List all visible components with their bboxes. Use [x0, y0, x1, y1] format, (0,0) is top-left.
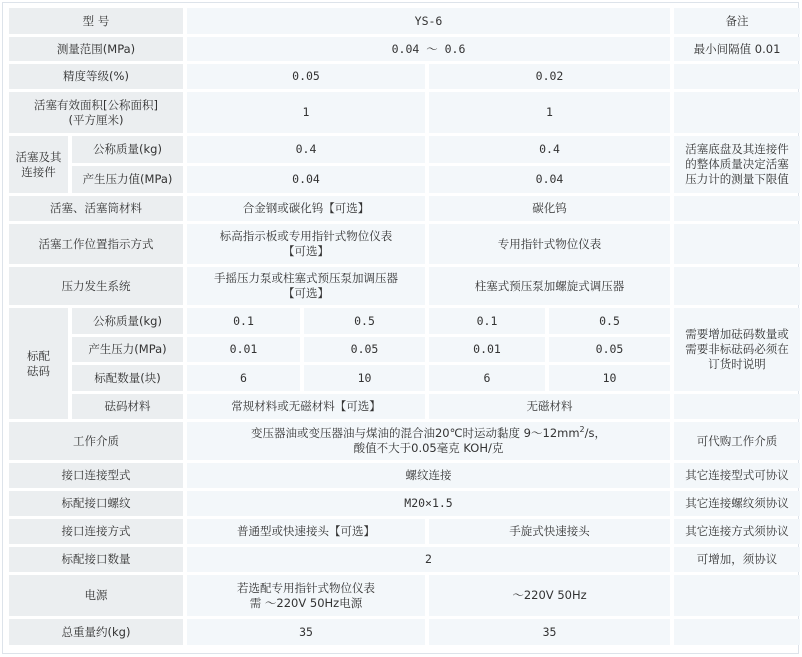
piston-mass-value-1: 0.4 [187, 136, 425, 163]
working-medium-text-b: /s， [585, 426, 606, 440]
weights-mass-label: 公称质量(kg) [72, 308, 183, 334]
measure-range-label: 测量范围(MPa) [9, 37, 183, 61]
working-medium-value-line1: 变压器油或变压器油与煤油的混合油20℃时运动黏度 9～12mm2/s， [187, 426, 670, 441]
weights-quantity-value-1: 6 [187, 365, 300, 391]
working-medium-value-line2: 酸值不大于0.05毫克 KOH/克 [187, 441, 670, 456]
standard-weights-group-label: 标配 砝码 [9, 308, 68, 419]
piston-area-value-1: 1 [187, 92, 425, 133]
piston-mass-row: 活塞及其 连接件 公称质量(kg) 0.4 0.4 活塞底盘及其连接件 的整体质… [9, 136, 800, 163]
connection-type-remark: 其它连接型式可协议 [674, 463, 800, 488]
precision-row: 精度等级(%) 0.05 0.02 [9, 64, 800, 89]
piston-assembly-remark-line1: 活塞底盘及其连接件 [674, 142, 800, 157]
piston-area-remark [674, 92, 800, 133]
piston-material-remark [674, 196, 800, 221]
thread-value: M20×1.5 [187, 491, 670, 516]
piston-material-value-2: 碳化钨 [429, 196, 670, 221]
position-indicator-value-1: 标高指示板或专用指针式物位仪表 【可选】 [187, 224, 425, 264]
pressure-system-value-2: 柱塞式预压泵加螺旋式调压器 [429, 267, 670, 305]
pressure-system-remark [674, 267, 800, 305]
total-weight-value-1: 35 [187, 619, 425, 645]
piston-pressure-value-2: 0.04 [429, 166, 670, 193]
weights-material-value-1: 常规材料或无磁材料【可选】 [187, 394, 425, 419]
power-remark [674, 575, 800, 616]
weights-pressure-value-2: 0.05 [304, 337, 425, 362]
piston-area-row: 活塞有效面积[公称面积] (平方厘米) 1 1 [9, 92, 800, 133]
connection-method-row: 接口连接方式 普通型或快速接头【可选】 手旋式快速接头 其它连接方式须协议 [9, 519, 800, 544]
pressure-system-value-1-line2: 【可选】 [187, 286, 425, 301]
measure-range-row: 测量范围(MPa) 0.04 ～ 0.6 最小间隔值 0.01 [9, 37, 800, 61]
thread-label: 标配接口螺纹 [9, 491, 183, 516]
weights-mass-value-2: 0.5 [304, 308, 425, 334]
total-weight-value-2: 35 [429, 619, 670, 645]
piston-material-value-1: 合金钢或碳化钨【可选】 [187, 196, 425, 221]
model-value: YS-6 [187, 8, 670, 34]
weights-pressure-value-1: 0.01 [187, 337, 300, 362]
position-indicator-value-1-line2: 【可选】 [187, 244, 425, 259]
weights-material-row: 砝码材料 常规材料或无磁材料【可选】 无磁材料 [9, 394, 800, 419]
position-indicator-value-2: 专用指针式物位仪表 [429, 224, 670, 264]
weights-quantity-label: 标配数量(块) [72, 365, 183, 391]
power-row: 电源 若选配专用指针式物位仪表 需 ～220V 50Hz电源 ～220V 50H… [9, 575, 800, 616]
port-count-label: 标配接口数量 [9, 547, 183, 572]
thread-remark: 其它连接螺纹须协议 [674, 491, 800, 516]
spec-table: 型 号 YS-6 备注 测量范围(MPa) 0.04 ～ 0.6 最小间隔值 0… [5, 5, 802, 648]
weights-pressure-value-4: 0.05 [549, 337, 670, 362]
weights-mass-value-1: 0.1 [187, 308, 300, 334]
power-value-1: 若选配专用指针式物位仪表 需 ～220V 50Hz电源 [187, 575, 425, 616]
standard-weights-label-line2: 砝码 [9, 364, 68, 379]
power-value-2: ～220V 50Hz [429, 575, 670, 616]
power-value-1-line2: 需 ～220V 50Hz电源 [187, 596, 425, 611]
precision-value-2: 0.02 [429, 64, 670, 89]
position-indicator-value-1-line1: 标高指示板或专用指针式物位仪表 [187, 229, 425, 244]
power-label: 电源 [9, 575, 183, 616]
weights-material-label: 砝码材料 [72, 394, 183, 419]
weights-quantity-value-2: 10 [304, 365, 425, 391]
total-weight-label: 总重量约(kg) [9, 619, 183, 645]
weights-mass-row: 标配 砝码 公称质量(kg) 0.1 0.5 0.1 0.5 需要增加砝码数量或… [9, 308, 800, 334]
piston-area-label-line2: (平方厘米) [9, 113, 183, 128]
total-weight-remark [674, 619, 800, 645]
working-medium-text-a: 变压器油或变压器油与煤油的混合油20℃时运动黏度 9～12mm [251, 426, 580, 440]
standard-weights-label-line1: 标配 [9, 349, 68, 364]
piston-assembly-remark-line2: 的整体质量决定活塞 [674, 157, 800, 172]
standard-weights-remark-line3: 订货时说明 [674, 357, 800, 372]
standard-weights-remark: 需要增加砝码数量或 需要非标砝码必须在 订货时说明 [674, 308, 800, 391]
working-medium-row: 工作介质 变压器油或变压器油与煤油的混合油20℃时运动黏度 9～12mm2/s，… [9, 422, 800, 460]
piston-assembly-remark: 活塞底盘及其连接件 的整体质量决定活塞 压力计的测量下限值 [674, 136, 800, 193]
thread-row: 标配接口螺纹 M20×1.5 其它连接螺纹须协议 [9, 491, 800, 516]
precision-label: 精度等级(%) [9, 64, 183, 89]
remark-header: 备注 [674, 8, 800, 34]
precision-value-1: 0.05 [187, 64, 425, 89]
position-indicator-row: 活塞工作位置指示方式 标高指示板或专用指针式物位仪表 【可选】 专用指针式物位仪… [9, 224, 800, 264]
working-medium-remark: 可代购工作介质 [674, 422, 800, 460]
standard-weights-remark-line2: 需要非标砝码必须在 [674, 342, 800, 357]
piston-pressure-label: 产生压力值(MPa) [72, 166, 183, 193]
port-count-value: 2 [187, 547, 670, 572]
weights-material-remark [674, 394, 800, 419]
header-row: 型 号 YS-6 备注 [9, 8, 800, 34]
connection-type-value: 螺纹连接 [187, 463, 670, 488]
piston-assembly-label-line2: 连接件 [9, 165, 68, 180]
piston-material-label: 活塞、活塞筒材料 [9, 196, 183, 221]
standard-weights-remark-line1: 需要增加砝码数量或 [674, 327, 800, 342]
piston-mass-value-2: 0.4 [429, 136, 670, 163]
working-medium-value: 变压器油或变压器油与煤油的混合油20℃时运动黏度 9～12mm2/s， 酸值不大… [187, 422, 670, 460]
pressure-system-row: 压力发生系统 手摇压力泵或柱塞式预压泵加调压器 【可选】 柱塞式预压泵加螺旋式调… [9, 267, 800, 305]
port-count-row: 标配接口数量 2 可增加，须协议 [9, 547, 800, 572]
working-medium-label: 工作介质 [9, 422, 183, 460]
power-value-1-line1: 若选配专用指针式物位仪表 [187, 581, 425, 596]
pressure-system-label: 压力发生系统 [9, 267, 183, 305]
weights-pressure-value-3: 0.01 [429, 337, 545, 362]
connection-method-value-1: 普通型或快速接头【可选】 [187, 519, 425, 544]
piston-area-label-line1: 活塞有效面积[公称面积] [9, 98, 183, 113]
model-label: 型 号 [9, 8, 183, 34]
piston-assembly-group-label: 活塞及其 连接件 [9, 136, 68, 193]
port-count-remark: 可增加，须协议 [674, 547, 800, 572]
piston-assembly-label-line1: 活塞及其 [9, 150, 68, 165]
position-indicator-label: 活塞工作位置指示方式 [9, 224, 183, 264]
piston-assembly-remark-line3: 压力计的测量下限值 [674, 172, 800, 187]
connection-type-label: 接口连接型式 [9, 463, 183, 488]
piston-mass-label: 公称质量(kg) [72, 136, 183, 163]
measure-range-value: 0.04 ～ 0.6 [187, 37, 670, 61]
piston-pressure-value-1: 0.04 [187, 166, 425, 193]
position-indicator-remark [674, 224, 800, 264]
weights-mass-value-3: 0.1 [429, 308, 545, 334]
connection-type-row: 接口连接型式 螺纹连接 其它连接型式可协议 [9, 463, 800, 488]
weights-quantity-value-4: 10 [549, 365, 670, 391]
weights-quantity-value-3: 6 [429, 365, 545, 391]
weights-material-value-2: 无磁材料 [429, 394, 670, 419]
piston-area-value-2: 1 [429, 92, 670, 133]
connection-method-value-2: 手旋式快速接头 [429, 519, 670, 544]
precision-remark [674, 64, 800, 89]
pressure-system-value-1-line1: 手摇压力泵或柱塞式预压泵加调压器 [187, 271, 425, 286]
measure-range-remark: 最小间隔值 0.01 [674, 37, 800, 61]
weights-mass-value-4: 0.5 [549, 308, 670, 334]
piston-area-label: 活塞有效面积[公称面积] (平方厘米) [9, 92, 183, 133]
connection-method-remark: 其它连接方式须协议 [674, 519, 800, 544]
pressure-system-value-1: 手摇压力泵或柱塞式预压泵加调压器 【可选】 [187, 267, 425, 305]
weights-pressure-label: 产生压力(MPa) [72, 337, 183, 362]
connection-method-label: 接口连接方式 [9, 519, 183, 544]
piston-material-row: 活塞、活塞筒材料 合金钢或碳化钨【可选】 碳化钨 [9, 196, 800, 221]
total-weight-row: 总重量约(kg) 35 35 [9, 619, 800, 645]
